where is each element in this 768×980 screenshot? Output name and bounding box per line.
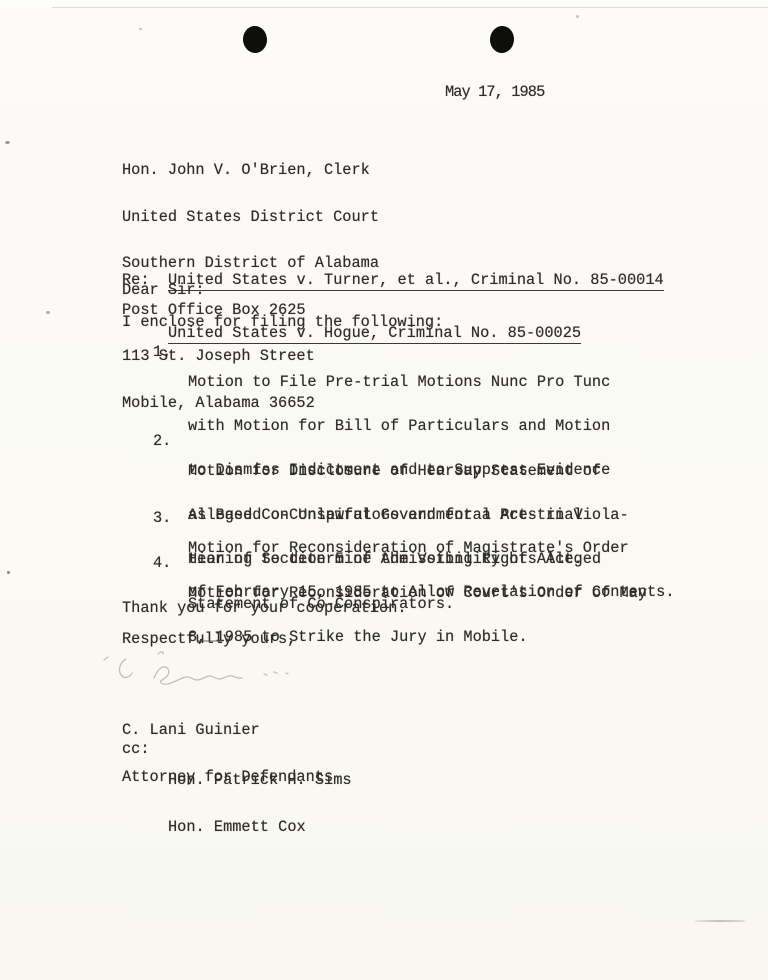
paper-top-edge-line <box>52 7 768 8</box>
item-line: Motion for Disclosure of Hearsay Stateme… <box>188 464 601 479</box>
item-number: 2. <box>153 434 188 449</box>
salutation: Dear Sir: <box>122 283 205 299</box>
item-line: Motion to File Pre-trial Motions Nunc Pr… <box>188 375 629 390</box>
recipient-line: Hon. John V. O'Brien, Clerk <box>122 163 379 179</box>
paper-speck <box>576 15 579 18</box>
paper-speck <box>7 571 10 574</box>
paper-speck <box>46 311 50 314</box>
paper-speck <box>139 28 142 30</box>
item-line: Motion for Reconsideration of Magistrate… <box>188 541 675 556</box>
date-line: May 17, 1985 <box>445 85 544 101</box>
cc-names: Hon. Patrick H. Sims Hon. Emmett Cox <box>168 742 352 866</box>
recipient-line: United States District Court <box>122 210 379 226</box>
intro-line: I enclose for filing the following: <box>122 315 443 331</box>
re-case-line: United States v. Turner, et al., Crimina… <box>168 272 664 291</box>
item-line: with Motion for Bill of Particulars and … <box>188 419 629 434</box>
closing-thanks: Thank you for your cooperation. <box>122 601 407 617</box>
cc-block: cc: Hon. Patrick H. Sims Hon. Emmett Cox <box>122 742 352 866</box>
cc-name: Hon. Patrick H. Sims <box>168 773 352 789</box>
paper-speck <box>5 141 10 144</box>
cc-label: cc: <box>122 742 168 758</box>
paper-smudge-mark <box>695 920 745 922</box>
item-number: 3. <box>153 511 188 526</box>
hole-punch-mark-right <box>489 25 515 54</box>
paper-top-edge <box>0 0 768 7</box>
handwritten-signature <box>96 648 306 692</box>
typewriter-strike-mark <box>197 640 223 642</box>
letter-page: May 17, 1985 Hon. John V. O'Brien, Clerk… <box>0 0 768 980</box>
item-number: 1. <box>153 345 188 360</box>
hole-punch-mark-left <box>242 25 268 54</box>
item-number: 4. <box>153 556 188 571</box>
signer-name: C. Lani Guinier <box>122 723 333 739</box>
cc-name: Hon. Emmett Cox <box>168 820 352 836</box>
